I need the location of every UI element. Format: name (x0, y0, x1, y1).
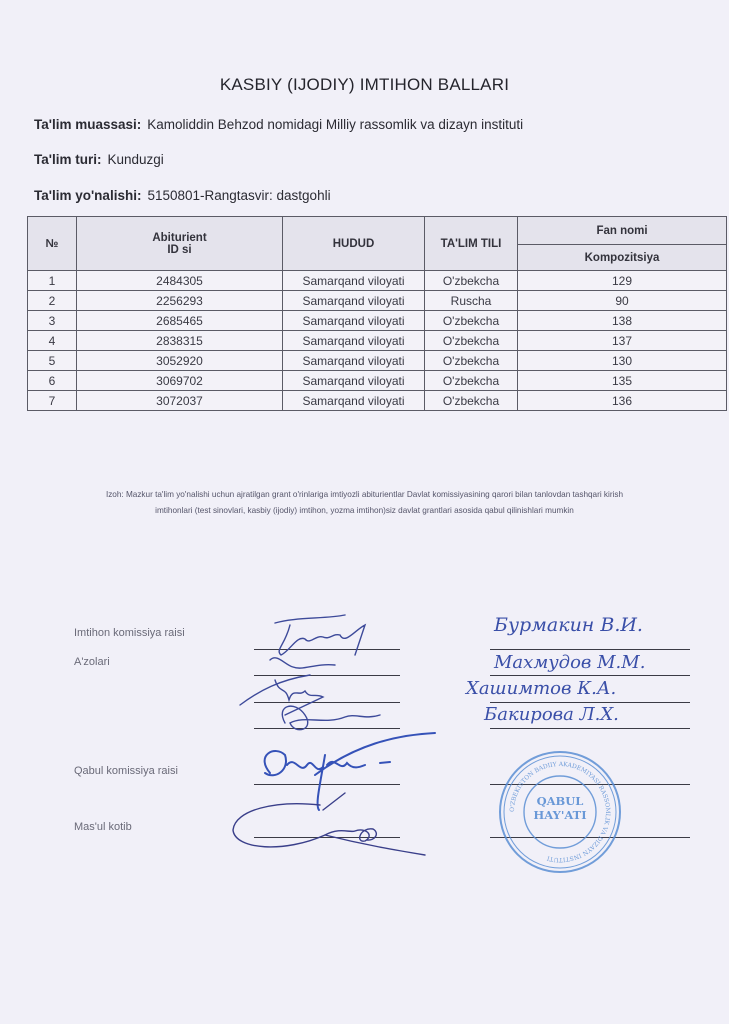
note: Izoh: Mazkur ta'lim yo'nalishi uchun ajr… (20, 487, 709, 519)
table-row: 53052920Samarqand viloyatiO'zbekcha130 (28, 351, 727, 371)
score-cell: 135 (518, 371, 727, 391)
score-cell: 136 (518, 391, 727, 411)
region-cell: Samarqand viloyati (283, 371, 425, 391)
language-cell: O'zbekcha (425, 391, 518, 411)
institution-label: Ta'lim muassasi: (34, 117, 141, 132)
region-cell: Samarqand viloyati (283, 391, 425, 411)
row-number-cell: 7 (28, 391, 77, 411)
table-row: 73072037Samarqand viloyatiO'zbekcha136 (28, 391, 727, 411)
language-cell: O'zbekcha (425, 371, 518, 391)
score-cell: 130 (518, 351, 727, 371)
table-row: 42838315Samarqand viloyatiO'zbekcha137 (28, 331, 727, 351)
member3-handwritten-name: Бакирова Л.Х. (484, 704, 619, 725)
table-row: 32685465Samarqand viloyatiO'zbekcha138 (28, 311, 727, 331)
member2-name-line (490, 702, 690, 703)
secretary-label: Mas'ul kotib (74, 821, 132, 833)
study-type-value: Kunduzgi (107, 152, 163, 167)
header-no: № (28, 217, 77, 271)
score-cell: 137 (518, 331, 727, 351)
note-line-2: imtihonlari (test sinovlari, kasbiy (ijo… (20, 503, 709, 519)
region-cell: Samarqand viloyati (283, 331, 425, 351)
stamp-center-text: QABUL HAY'ATI (530, 794, 590, 822)
document-page: KASBIY (IJODIY) IMTIHON BALLARI Ta'lim m… (0, 0, 729, 1024)
member1-handwritten-name: Махмудов М.М. (494, 652, 645, 673)
region-cell: Samarqand viloyati (283, 271, 425, 291)
study-type-line: Ta'lim turi:Kunduzgi (34, 152, 164, 167)
scores-table-body: 12484305Samarqand viloyatiO'zbekcha12922… (28, 271, 727, 411)
institution-value: Kamoliddin Behzod nomidagi Milliy rassom… (147, 117, 523, 132)
institution-line: Ta'lim muassasi:Kamoliddin Behzod nomida… (34, 117, 523, 132)
header-id-line1: Abiturient (77, 232, 282, 244)
header-subject: Kompozitsiya (518, 245, 727, 271)
score-cell: 129 (518, 271, 727, 291)
member3-name-line (490, 728, 690, 729)
header-applicant-id: Abiturient ID si (77, 217, 283, 271)
applicant-id-cell: 2685465 (77, 311, 283, 331)
signature-scribbles (215, 605, 475, 865)
members-label: A'zolari (74, 656, 110, 668)
row-number-cell: 1 (28, 271, 77, 291)
row-number-cell: 2 (28, 291, 77, 311)
member1-name-line (490, 675, 690, 676)
applicant-id-cell: 3069702 (77, 371, 283, 391)
study-direction-line: Ta'lim yo'nalishi:5150801-Rangtasvir: da… (34, 188, 331, 203)
applicant-id-cell: 2256293 (77, 291, 283, 311)
language-cell: O'zbekcha (425, 351, 518, 371)
region-cell: Samarqand viloyati (283, 291, 425, 311)
applicant-id-cell: 2838315 (77, 331, 283, 351)
row-number-cell: 5 (28, 351, 77, 371)
study-direction-label: Ta'lim yo'nalishi: (34, 188, 141, 203)
language-cell: O'zbekcha (425, 311, 518, 331)
row-number-cell: 4 (28, 331, 77, 351)
table-row: 12484305Samarqand viloyatiO'zbekcha129 (28, 271, 727, 291)
applicant-id-cell: 3052920 (77, 351, 283, 371)
header-language: TA'LIM TILI (425, 217, 518, 271)
applicant-id-cell: 3072037 (77, 391, 283, 411)
row-number-cell: 3 (28, 311, 77, 331)
study-direction-value: 5150801-Rangtasvir: dastgohli (147, 188, 330, 203)
header-region: HUDUD (283, 217, 425, 271)
admission-chair-label: Qabul komissiya raisi (74, 765, 178, 777)
row-number-cell: 6 (28, 371, 77, 391)
scores-table: № Abiturient ID si HUDUD TA'LIM TILI Fan… (27, 216, 727, 411)
chair-name-line (490, 649, 690, 650)
score-cell: 138 (518, 311, 727, 331)
header-subject-name: Fan nomi (518, 217, 727, 245)
chair-handwritten-name: Бурмакин В.И. (494, 614, 643, 636)
member2-handwritten-name: Хашимтов К.А. (466, 678, 616, 699)
note-line-1: Izoh: Mazkur ta'lim yo'nalishi uchun ajr… (20, 487, 709, 503)
language-cell: O'zbekcha (425, 331, 518, 351)
header-id-line2: ID si (77, 244, 282, 256)
language-cell: Ruscha (425, 291, 518, 311)
score-cell: 90 (518, 291, 727, 311)
chair-label: Imtihon komissiya raisi (74, 627, 185, 639)
region-cell: Samarqand viloyati (283, 351, 425, 371)
table-row: 63069702Samarqand viloyatiO'zbekcha135 (28, 371, 727, 391)
study-type-label: Ta'lim turi: (34, 152, 101, 167)
applicant-id-cell: 2484305 (77, 271, 283, 291)
language-cell: O'zbekcha (425, 271, 518, 291)
stamp-line-2: HAY'ATI (530, 808, 590, 822)
stamp-line-1: QABUL (530, 794, 590, 808)
region-cell: Samarqand viloyati (283, 311, 425, 331)
table-row: 22256293Samarqand viloyatiRuscha90 (28, 291, 727, 311)
document-title: KASBIY (IJODIY) IMTIHON BALLARI (0, 75, 729, 95)
